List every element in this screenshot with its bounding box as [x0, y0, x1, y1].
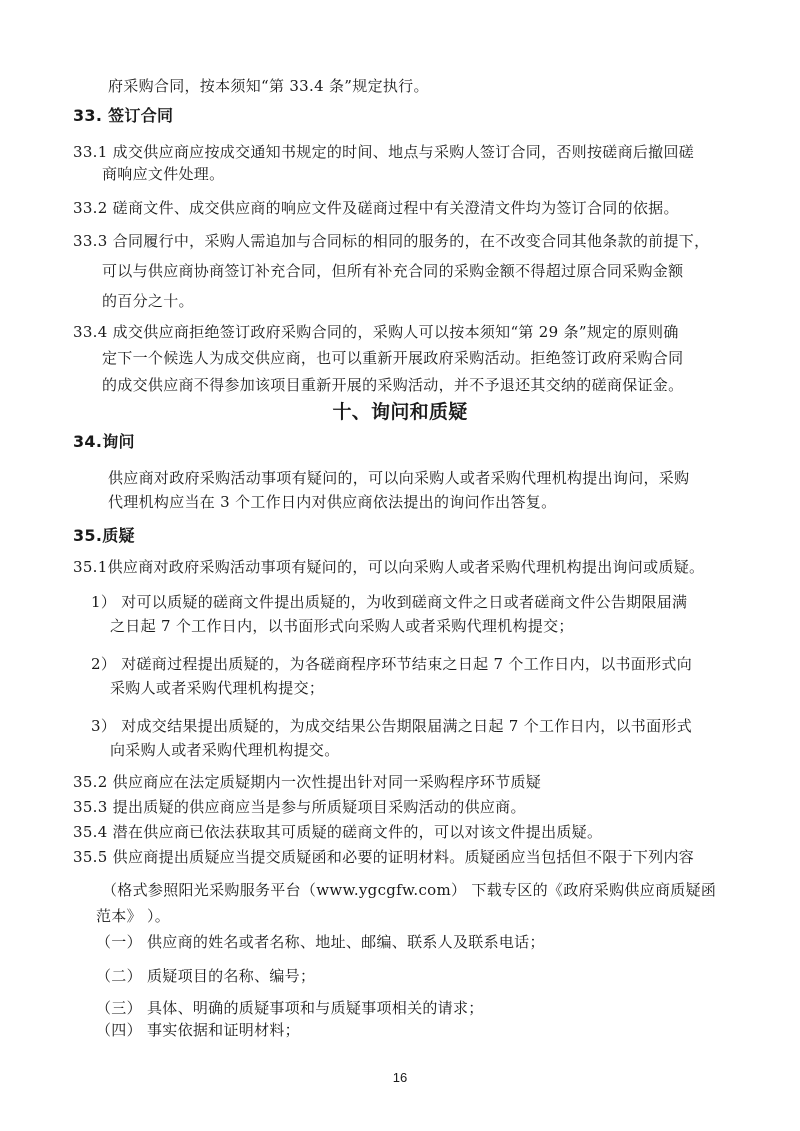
clause-35-5-cont: （格式参照阳光采购服务平台（www.ygcgfw.com） 下载专区的《政府采购…	[102, 880, 716, 900]
clause-33-3: 33.3 合同履行中，采购人需追加与合同标的相同的服务的，在不改变合同其他条款的…	[73, 231, 709, 251]
section-heading-35: 35.质疑	[73, 526, 135, 546]
clause-35-4: 35.4 潜在供应商已依法获取其可质疑的磋商文件的，可以对该文件提出质疑。	[73, 822, 602, 842]
clause-35-1: 35.1供应商对政府采购活动事项有疑问的，可以向采购人或者采购代理机构提出询问或…	[73, 557, 704, 577]
paragraph-34-cont: 代理机构应当在 3 个工作日内对供应商依法提出的询问作出答复。	[108, 492, 556, 512]
list-item-1-cont: 之日起 7 个工作日内，以书面形式向采购人或者采购代理机构提交；	[110, 616, 574, 636]
clause-33-4-cont: 定下一个候选人为成交供应商，也可以重新开展政府采购活动。拒绝签订政府采购合同	[102, 348, 683, 368]
list-item-2: 2） 对磋商过程提出质疑的，为各磋商程序环节结束之日起 7 个工作日内，以书面形…	[91, 654, 692, 674]
clause-35-3: 35.3 提出质疑的供应商应当是参与所质疑项目采购活动的供应商。	[73, 797, 526, 817]
list-item-1: 1） 对可以质疑的磋商文件提出质疑的，为收到磋商文件之日或者磋商文件公告期限届满	[91, 592, 687, 612]
list-item-2-cont: 采购人或者采购代理机构提交；	[110, 678, 324, 698]
page-number: 16	[0, 1070, 800, 1085]
section-heading-33: 33. 签订合同	[73, 106, 173, 126]
clause-35-2: 35.2 供应商应在法定质疑期内一次性提出针对同一采购程序环节质疑	[73, 772, 541, 792]
clause-33-4: 33.4 成交供应商拒绝签订政府采购合同的，采购人可以按本须知“第 29 条”规…	[73, 322, 679, 342]
clause-33-4-cont: 的成交供应商不得参加该项目重新开展的采购活动，并不予退还其交纳的磋商保证金。	[102, 375, 683, 395]
clause-33-1-cont: 商响应文件处理。	[102, 164, 224, 184]
section-heading-34: 34.询问	[73, 432, 135, 452]
paragraph-34: 供应商对政府采购活动事项有疑问的，可以向采购人或者采购代理机构提出询问，采购	[108, 468, 689, 488]
requirement-item-4: （四） 事实依据和证明材料；	[96, 1020, 300, 1040]
chapter-title: 十、询问和质疑	[0, 402, 800, 422]
list-item-3-cont: 向采购人或者采购代理机构提交。	[110, 740, 340, 760]
clause-33-3-cont: 可以与供应商协商签订补充合同，但所有补充合同的采购金额不得超过原合同采购金额	[102, 261, 683, 281]
clause-35-5-cont: 范本》 ）。	[96, 906, 170, 926]
requirement-item-1: （一） 供应商的姓名或者名称、地址、邮编、联系人及联系电话；	[96, 932, 545, 952]
list-item-3: 3） 对成交结果提出质疑的，为成交结果公告期限届满之日起 7 个工作日内，以书面…	[91, 716, 692, 736]
requirement-item-2: （二） 质疑项目的名称、编号；	[96, 966, 315, 986]
clause-33-1: 33.1 成交供应商应按成交通知书规定的时间、地点与采购人签订合同，否则按磋商后…	[73, 142, 694, 162]
requirement-item-3: （三） 具体、明确的质疑事项和与质疑事项相关的请求；	[96, 998, 484, 1018]
clause-33-3-cont: 的百分之十。	[102, 291, 194, 311]
clause-33-2: 33.2 磋商文件、成交供应商的响应文件及磋商过程中有关澄清文件均为签订合同的依…	[73, 198, 679, 218]
paragraph-line: 府采购合同，按本须知“第 33.4 条”规定执行。	[108, 76, 429, 96]
clause-35-5: 35.5 供应商提出质疑应当提交质疑函和必要的证明材料。质疑函应当包括但不限于下…	[73, 847, 694, 867]
